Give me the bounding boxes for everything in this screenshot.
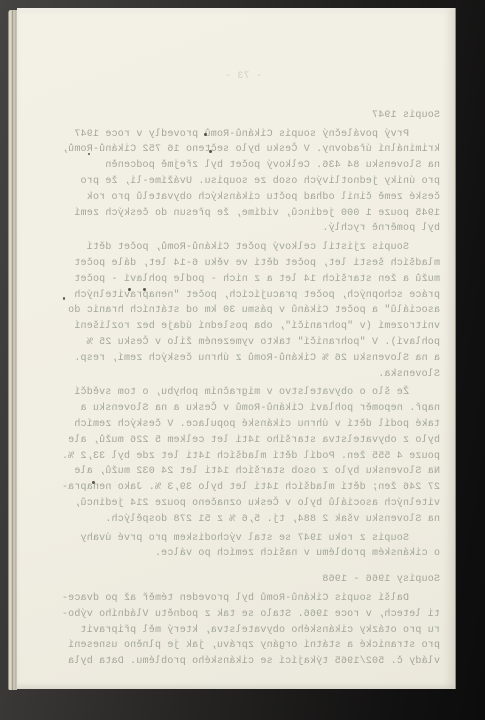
section: Soupis 1947 Prvý poválečný soupis Cikánů…	[0, 108, 440, 562]
typed-line: o cikánském problému v našich zemích po …	[0, 546, 440, 562]
dirt-speck	[209, 150, 212, 153]
dirt-speck	[204, 133, 207, 136]
typed-line: české země činil odhad počtu cikánských …	[0, 190, 440, 206]
typed-line: např. nepoměr pohlaví Cikánů-Romů v Česk…	[0, 401, 440, 417]
typed-line: kriminální úřadovny. V Česku bylo sečten…	[0, 142, 440, 158]
paragraph: Soupis zjistil celkový počet Cikánů-Romů…	[0, 240, 440, 382]
typed-line: vnitrozemí (v "pohraničí", oba poslední …	[0, 319, 440, 335]
paragraph: Že šlo o obyvatelstvo v migračním pohybu…	[0, 385, 440, 527]
dirt-speck	[128, 288, 131, 291]
typed-line: mladších šesti let, počet dětí ve věku 6…	[0, 256, 440, 272]
section: Soupisy 1966 - 1968 Další soupis Cikánů-…	[0, 572, 440, 670]
typed-line: 27 246 žen; dětí mladších 14ti let bylo …	[0, 480, 440, 496]
typed-line: Prvý poválečný soupis Cikánů-Romů proved…	[0, 127, 440, 143]
typed-line: byl poměrně rychlý.	[0, 221, 440, 237]
typed-line: ru pro otázky cikánského obyvatelstva, k…	[0, 623, 440, 639]
typed-line: Další soupis Cikánů-Romů byl proveden té…	[0, 591, 440, 607]
typed-text-layer: - 73 - Soupis 1947 Prvý poválečný soupis…	[0, 0, 485, 720]
paragraph: Prvý poválečný soupis Cikánů-Romů proved…	[0, 127, 440, 238]
typed-line: také podíl dětí v úhrnu cikánské populac…	[0, 417, 440, 433]
typed-line: pohlaví). V "pohraničí" takto vymezeném …	[0, 335, 440, 351]
dirt-speck	[143, 288, 146, 291]
typed-line: pouze 4 555 žen. Podíl dětí mladších 14t…	[0, 449, 440, 465]
typed-line: pro stranické a státní orgány zprávu, ja…	[0, 638, 440, 654]
typed-line: na Slovensku 84 436. Celkový počet byl z…	[0, 158, 440, 174]
typed-line: na Slovensku však 2 884, tj. 5,6 % z 51 …	[0, 512, 440, 528]
sections-container: Soupis 1947 Prvý poválečný soupis Cikánů…	[0, 108, 440, 670]
page-number: - 73 -	[0, 69, 262, 85]
dirt-speck	[63, 297, 65, 300]
typed-line: 1945 pouze 1 000 jedinců, vidíme, že pře…	[0, 206, 440, 222]
typed-line: práce schopných, počet pracujících, poče…	[0, 288, 440, 304]
typed-line: mužů a žen starších 14 let a z nich - po…	[0, 272, 440, 288]
paragraph: Další soupis Cikánů-Romů byl proveden té…	[0, 591, 440, 670]
scan-background: - 73 - Soupis 1947 Prvý poválečný soupis…	[0, 0, 485, 720]
paragraph: Soupis z roku 1947 se stal východiskem p…	[0, 531, 440, 563]
typed-line: Soupis z roku 1947 se stal východiskem p…	[0, 531, 440, 547]
typed-line: Na Slovensku bylo z osob starších 14ti l…	[0, 464, 440, 480]
typed-line: a na Slovensku 26 % Cikánů-Romů z úhrnu …	[0, 351, 440, 367]
typed-line: vitelných asociálů bylo v Česku označeno…	[0, 496, 440, 512]
typed-line: ti letech, v roce 1966. Stalo se tak z p…	[0, 607, 440, 623]
typed-line: Že šlo o obyvatelstvo v migračním pohybu…	[0, 385, 440, 401]
dirt-speck	[92, 481, 95, 484]
typed-line: vlády č. 502/1965 týkající se cikánského…	[0, 654, 440, 670]
section-heading: Soupis 1947	[0, 108, 440, 124]
typed-line: pro úniky jednotlivých osob ze soupisu. …	[0, 174, 440, 190]
typed-line: Soupis zjistil celkový počet Cikánů-Romů…	[0, 240, 440, 256]
section-heading: Soupisy 1966 - 1968	[0, 572, 440, 588]
typed-line: asociálů" a počet Cikánů v pásmu 30 km o…	[0, 303, 440, 319]
typed-line: Slovenska.	[0, 367, 440, 383]
typed-line: bylo z obyvatelstva staršího 14ti let ce…	[0, 433, 440, 449]
dirt-speck	[88, 153, 90, 155]
